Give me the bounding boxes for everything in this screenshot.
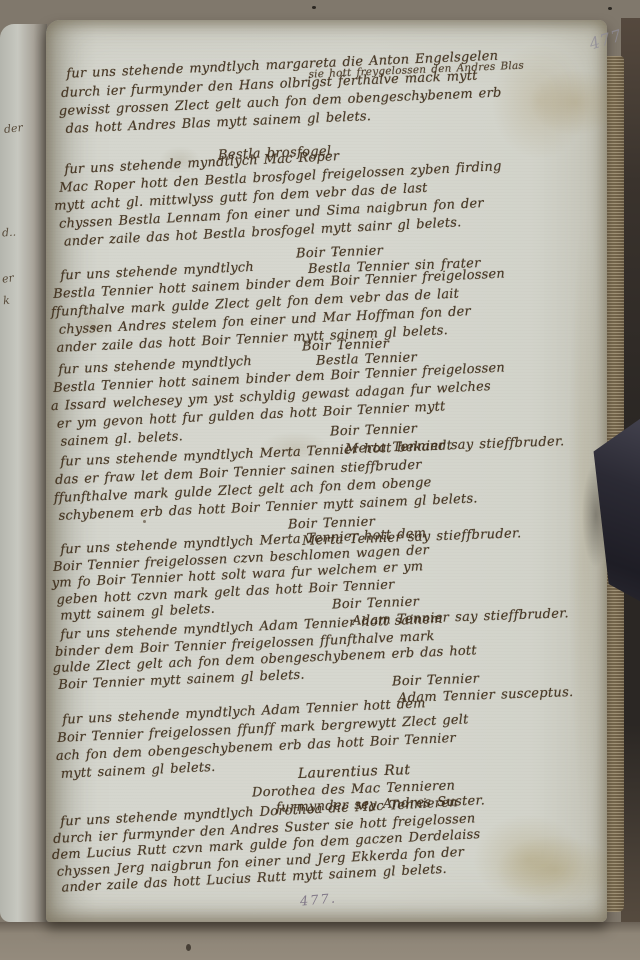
margin-fragment: d.. <box>2 226 17 240</box>
entry-heading: Boir Tennier <box>332 594 420 612</box>
folio-number-bottom: 477. <box>299 891 337 909</box>
ink-speck <box>186 944 191 951</box>
entry-heading: Boir Tennier <box>392 671 480 689</box>
paper-stain <box>470 820 640 920</box>
facing-page-gutter <box>0 24 47 922</box>
manuscript-photo: 477 477. der d.. er k fur uns stehende m… <box>0 0 640 960</box>
ink-speck <box>312 6 316 9</box>
margin-fragment: der <box>3 121 23 136</box>
ink-speck <box>608 7 612 10</box>
margin-fragment: k <box>2 294 10 308</box>
entry-heading: Boir Tennier <box>330 421 418 439</box>
table-surface <box>0 922 640 960</box>
margin-fragment: er <box>1 271 14 286</box>
paper-stain <box>510 55 640 150</box>
